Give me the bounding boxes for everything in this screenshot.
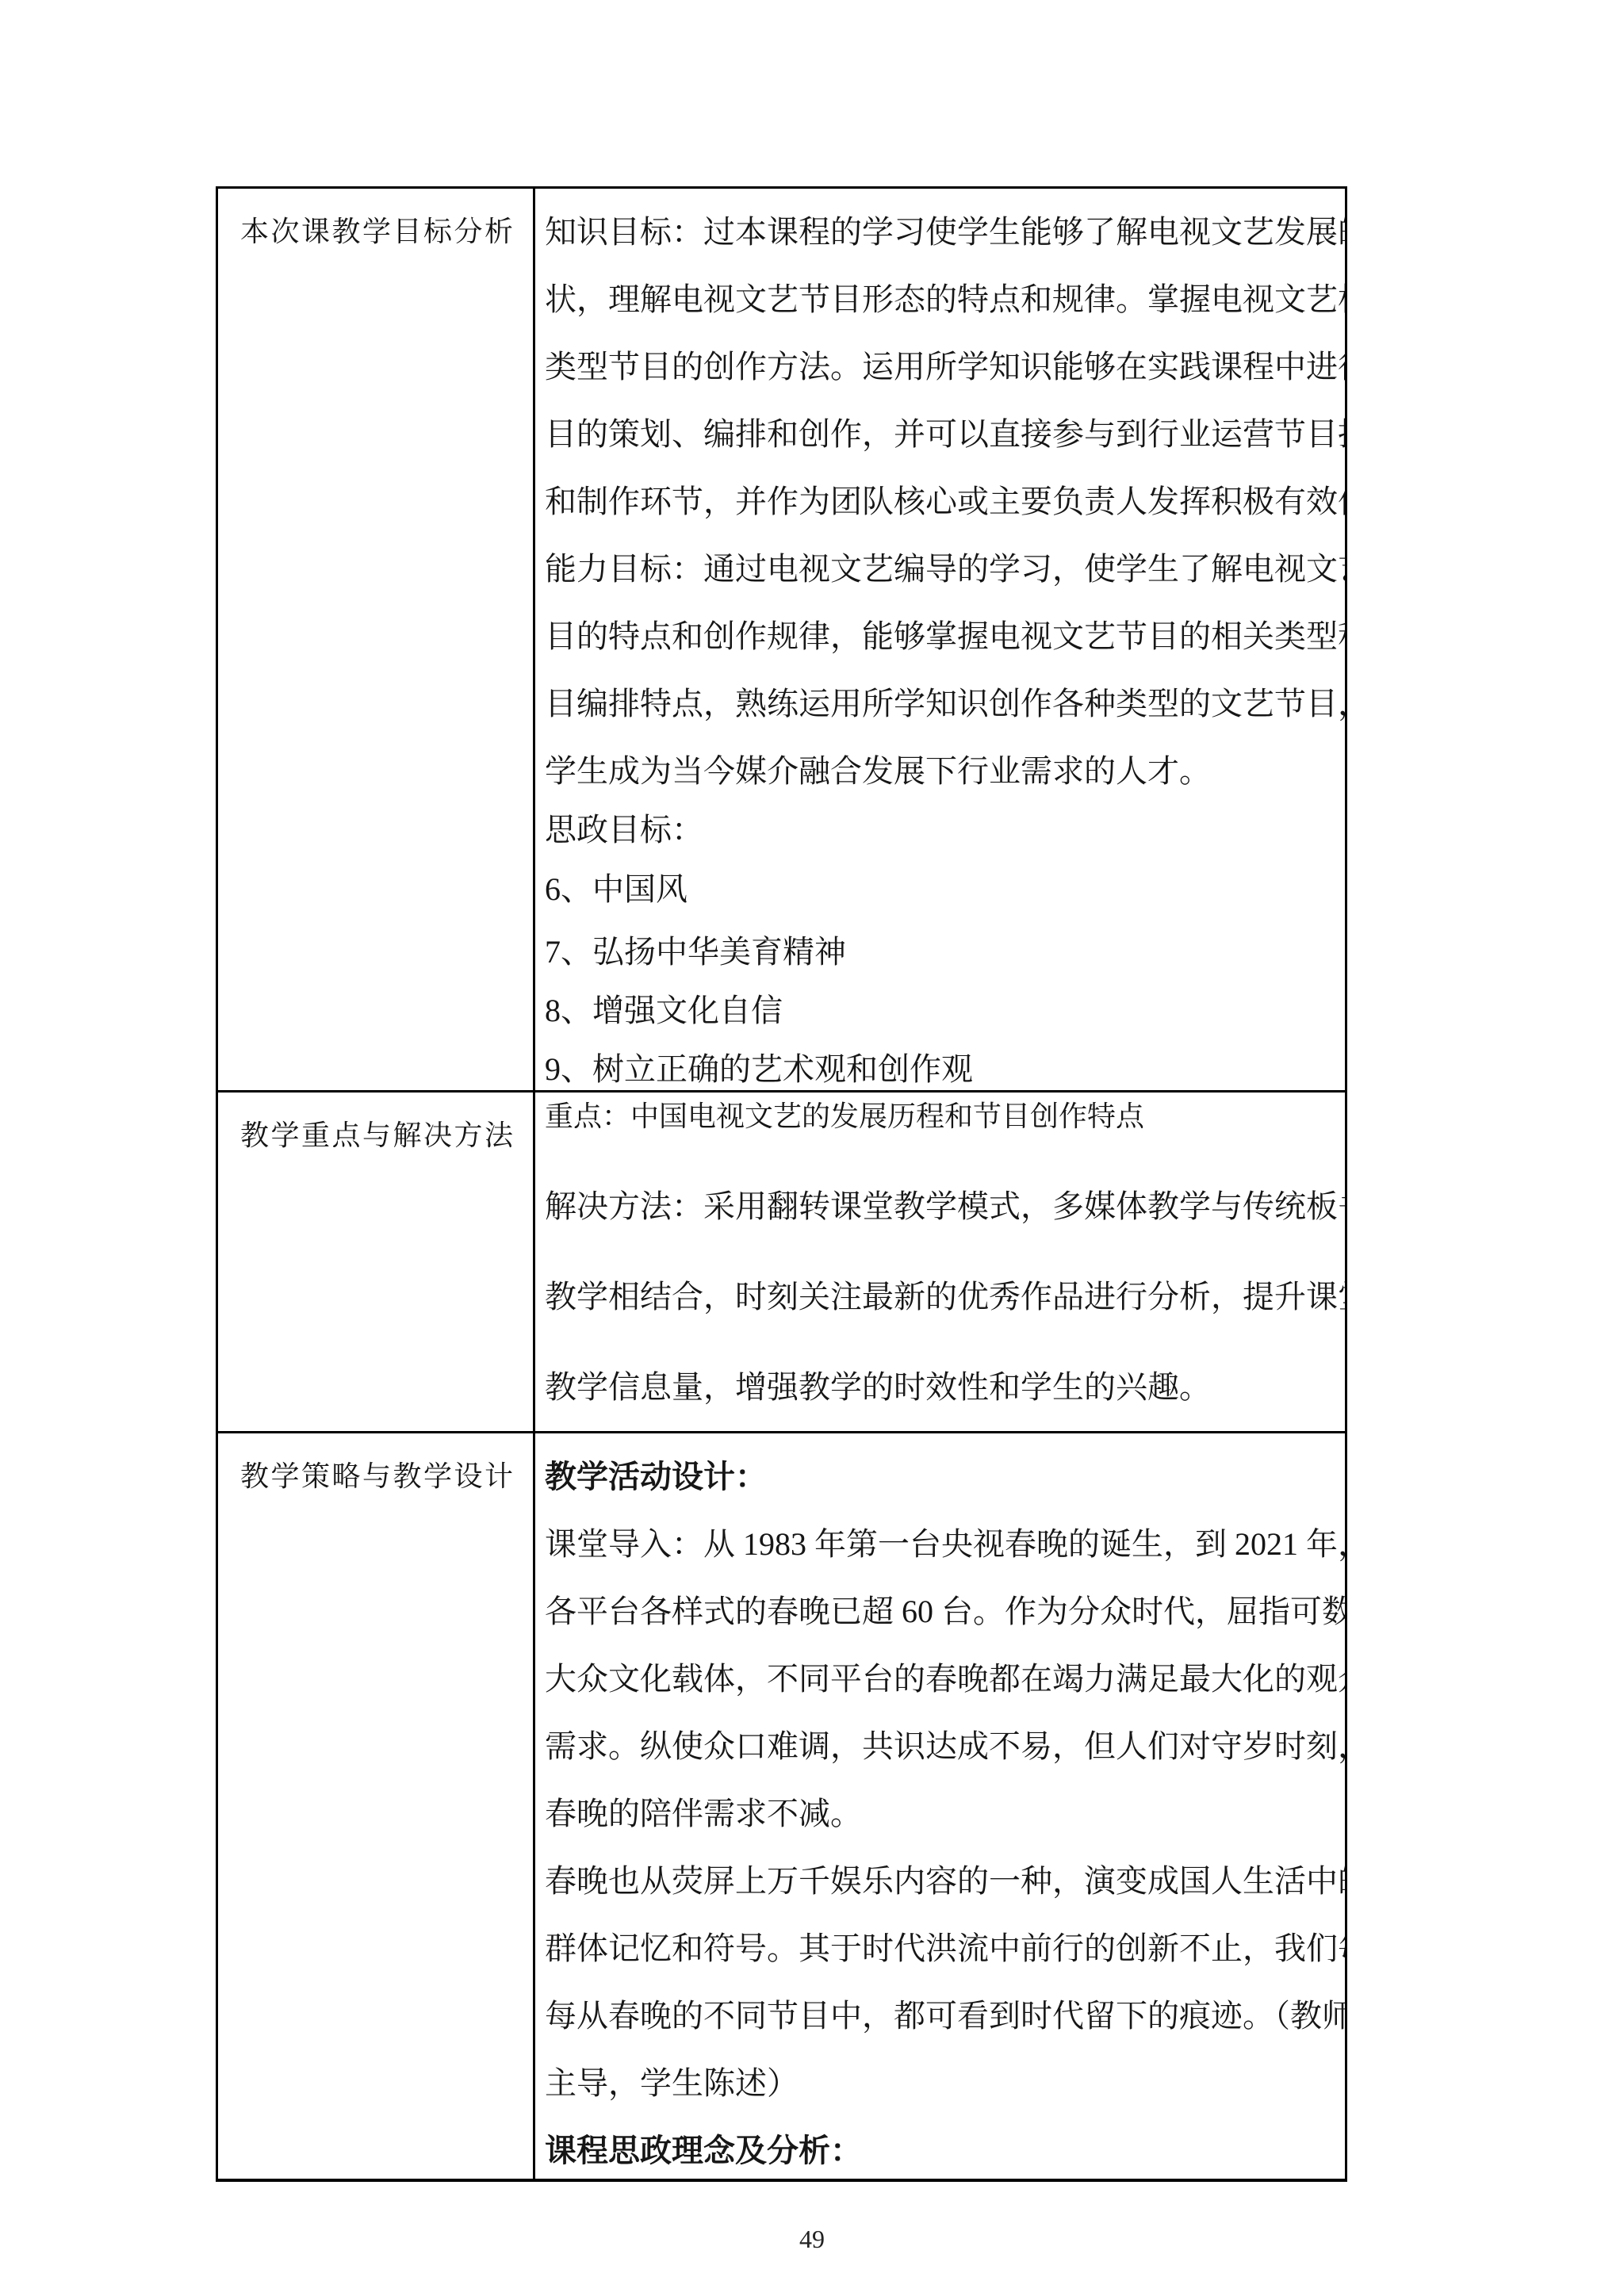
text-line: 每从春晚的不同节目中，都可看到时代留下的痕迹。（教师 — [545, 1982, 1337, 2049]
row-label: 教学重点与解决方法 — [240, 1116, 517, 1154]
text-line: 群体记忆和符号。其于时代洪流中前行的创新不止，我们每 — [545, 1915, 1337, 1982]
text-line: 学生成为当今媒介融合发展下行业需求的人才。 — [545, 737, 1337, 805]
lesson-plan-table: 本次课教学目标分析 知识目标：过本课程的学习使学生能够了解电视文艺发展的现 状，… — [216, 186, 1347, 2182]
text-line: 状，理解电视文艺节目形态的特点和规律。掌握电视文艺相关 — [545, 266, 1337, 333]
list-item: 7、弘扬中华美育精神 — [545, 923, 1337, 982]
row-header-cell: 教学策略与教学设计 — [218, 1433, 535, 2179]
text-line: 知识目标：过本课程的学习使学生能够了解电视文艺发展的现 — [545, 198, 1337, 266]
table-row: 本次课教学目标分析 知识目标：过本课程的学习使学生能够了解电视文艺发展的现 状，… — [218, 189, 1345, 1090]
row-label: 本次课教学目标分析 — [240, 212, 517, 251]
text-line: 类型节目的创作方法。运用所学知识能够在实践课程中进行节 — [545, 333, 1337, 400]
text-line: 各平台各样式的春晚已超 60 台。作为分众时代，屈指可数的 — [545, 1578, 1337, 1645]
text-line: 和制作环节，并作为团队核心或主要负责人发挥积极有效作用。 — [545, 468, 1337, 535]
text-line: 大众文化载体，不同平台的春晚都在竭力满足最大化的观众 — [545, 1645, 1337, 1712]
text-line: 需求。纵使众口难调，共识达成不易，但人们对守岁时刻， — [545, 1712, 1337, 1780]
text-line: 课堂导入：从 1983 年第一台央视春晚的诞生，到 2021 年， — [545, 1510, 1337, 1578]
row-content-cell: 重点：中国电视文艺的发展历程和节目创作特点 解决方法：采用翻转课堂教学模式，多媒… — [535, 1093, 1345, 1431]
text-line: 目编排特点，熟练运用所学知识创作各种类型的文艺节目，使 — [545, 670, 1337, 737]
text-line: 春晚也从荧屏上万千娱乐内容的一种，演变成国人生活中的 — [545, 1847, 1337, 1915]
text-line: 能力目标：通过电视文艺编导的学习，使学生了解电视文艺节 — [545, 535, 1337, 603]
row-content-cell: 教学活动设计： 课堂导入：从 1983 年第一台央视春晚的诞生，到 2021 年… — [535, 1433, 1345, 2179]
page-number: 49 — [0, 2225, 1624, 2254]
list-item: 8、增强文化自信 — [545, 982, 1337, 1040]
text-line: 教学相结合，时刻关注最新的优秀作品进行分析，提升课堂 — [545, 1252, 1337, 1342]
text-line: 主导，学生陈述） — [545, 2049, 1337, 2117]
subheading: 思政目标： — [545, 805, 1337, 855]
text-line: 春晚的陪伴需求不减。 — [545, 1780, 1337, 1847]
section-heading: 课程思政理念及分析： — [545, 2117, 1337, 2179]
list-item: 6、中国风 — [545, 855, 1337, 923]
table-row: 教学策略与教学设计 教学活动设计： 课堂导入：从 1983 年第一台央视春晚的诞… — [218, 1431, 1345, 2179]
row-header-cell: 本次课教学目标分析 — [218, 189, 535, 1090]
text-line: 目的策划、编排和创作，并可以直接参与到行业运营节目拍摄 — [545, 400, 1337, 468]
solution-paragraph: 解决方法：采用翻转课堂教学模式，多媒体教学与传统板书 教学相结合，时刻关注最新的… — [545, 1161, 1337, 1431]
document-page: { "page": { "number": "49" }, "table": {… — [0, 0, 1624, 2296]
focus-line: 重点：中国电视文艺的发展历程和节目创作特点 — [545, 1093, 1337, 1139]
table-row: 教学重点与解决方法 重点：中国电视文艺的发展历程和节目创作特点 解决方法：采用翻… — [218, 1090, 1345, 1431]
row-header-cell: 教学重点与解决方法 — [218, 1093, 535, 1431]
text-line: 教学信息量，增强教学的时效性和学生的兴趣。 — [545, 1342, 1337, 1431]
row-content-cell: 知识目标：过本课程的学习使学生能够了解电视文艺发展的现 状，理解电视文艺节目形态… — [535, 189, 1345, 1090]
row-label: 教学策略与教学设计 — [240, 1457, 517, 1495]
section-heading: 教学活动设计： — [545, 1443, 1337, 1510]
text-line: 目的特点和创作规律，能够掌握电视文艺节目的相关类型和节 — [545, 603, 1337, 670]
list-item: 9、树立正确的艺术观和创作观 — [545, 1040, 1337, 1090]
text-line: 解决方法：采用翻转课堂教学模式，多媒体教学与传统板书 — [545, 1161, 1337, 1252]
